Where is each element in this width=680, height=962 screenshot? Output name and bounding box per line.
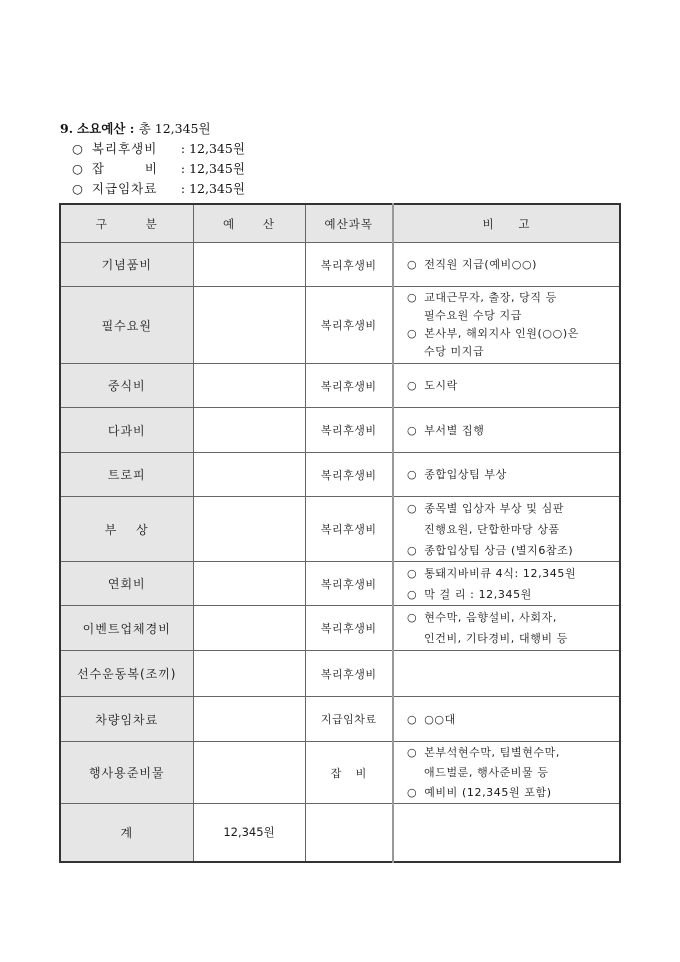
row-amount — [193, 497, 305, 562]
summary-item-welfare: ○복리후생비 : 12,345원 — [60, 139, 245, 159]
circle-bullet-icon: ○ — [407, 713, 417, 726]
row-category: 다과비 — [60, 408, 193, 453]
remark-text: 예비비 (12,345원 포함) — [424, 786, 551, 799]
total-prefix: 총 — [139, 121, 155, 136]
remark-text: 수당 미지급 — [424, 345, 484, 358]
row-amount — [193, 742, 305, 804]
row-category: 트로피 — [60, 453, 193, 497]
remark-line: ○통돼지바비큐 4식: 12,345원 — [407, 563, 619, 584]
table-header-row: 구분 예산 예산과목 비고 — [60, 204, 620, 243]
row-amount — [193, 606, 305, 651]
summary-item-sep: : — [177, 181, 189, 196]
row-category: 연회비 — [60, 562, 193, 606]
table-row: 부상 복리후생비 ○종목별 입상자 부상 및 심판 진행요원, 단합한마당 상품… — [60, 497, 620, 562]
circle-bullet-icon: ○ — [407, 468, 417, 481]
account-part: 비 — [356, 765, 367, 781]
circle-bullet-icon: ○ — [407, 544, 417, 557]
circle-bullet-icon: ○ — [407, 291, 417, 304]
remark-text: 막 걸 리 : 12,345원 — [424, 588, 532, 601]
summary-item-value: 12,345원 — [189, 181, 245, 196]
remark-line: ○종합입상팀 상금 (별지6참조) — [407, 540, 619, 561]
row-category: 차량임차료 — [60, 697, 193, 742]
category-part: 부 — [105, 521, 118, 538]
remark-line: ○전직원 지급(예비○○) — [407, 254, 619, 275]
summary-item-misc: ○잡비 : 12,345원 — [60, 159, 245, 179]
header-part: 구 — [96, 216, 108, 232]
remark-line: 수당 미지급 — [407, 343, 619, 361]
row-remarks: ○본부석현수막, 팀별현수막, 애드벌룬, 행사준비물 등 ○예비비 (12,3… — [393, 742, 620, 804]
separator: : — [125, 121, 138, 136]
remark-text: 종합입상팀 상금 (별지6참조) — [424, 544, 573, 557]
row-amount — [193, 453, 305, 497]
remark-line: ○종합입상팀 부상 — [407, 464, 619, 485]
remark-text: 도시락 — [424, 379, 458, 392]
row-remarks — [393, 651, 620, 697]
row-amount — [193, 562, 305, 606]
summary-item-label: 지급임차료 — [92, 179, 177, 199]
row-category: 행사용준비물 — [60, 742, 193, 804]
row-account: 복리후생비 — [305, 453, 393, 497]
remark-text: 필수요원 수당 지급 — [424, 309, 522, 322]
remark-line: ○○○대 — [407, 709, 619, 730]
remark-text: 종목별 입상자 부상 및 심판 — [424, 502, 564, 515]
row-amount — [193, 364, 305, 408]
remark-text: 본사부, 해외지사 인원(○○)은 — [424, 327, 579, 340]
remark-line: ○교대근무자, 출장, 당직 등 — [407, 289, 619, 307]
row-category: 기념품비 — [60, 243, 193, 287]
remark-line: ○본사부, 해외지사 인원(○○)은 — [407, 325, 619, 343]
budget-summary: 9. 소요예산 : 총 12,345원 ○복리후생비 : 12,345원 ○잡비… — [60, 119, 245, 199]
summary-item-value: 12,345원 — [189, 141, 245, 156]
header-part: 산 — [263, 216, 275, 232]
circle-bullet-icon: ○ — [407, 746, 417, 759]
table-row: 연회비 복리후생비 ○통돼지바비큐 4식: 12,345원 ○막 걸 리 : 1… — [60, 562, 620, 606]
remark-line: 진행요원, 단합한마당 상품 — [407, 519, 619, 540]
circle-bullet-icon: ○ — [407, 379, 417, 392]
row-amount — [193, 408, 305, 453]
total-account — [305, 804, 393, 862]
row-account: 복리후생비 — [305, 287, 393, 364]
row-remarks: ○전직원 지급(예비○○) — [393, 243, 620, 287]
circle-bullet-icon: ○ — [407, 327, 417, 340]
circle-bullet-icon: ○ — [407, 502, 417, 515]
table-row: 중식비 복리후생비 ○도시락 — [60, 364, 620, 408]
summary-item-sep: : — [177, 141, 189, 156]
circle-bullet-icon: ○ — [72, 161, 83, 176]
row-remarks: ○교대근무자, 출장, 당직 등 필수요원 수당 지급 ○본사부, 해외지사 인… — [393, 287, 620, 364]
table-row: 이벤트업체경비 복리후생비 ○현수막, 음향설비, 사회자, 인건비, 기타경비… — [60, 606, 620, 651]
row-remarks: ○부서별 집행 — [393, 408, 620, 453]
table-row: 트로피 복리후생비 ○종합입상팀 부상 — [60, 453, 620, 497]
remark-text: 인건비, 기타경비, 대행비 등 — [424, 632, 568, 645]
table-row: 선수운동복(조끼) 복리후생비 — [60, 651, 620, 697]
row-account: 복리후생비 — [305, 497, 393, 562]
row-remarks: ○○○대 — [393, 697, 620, 742]
account-part: 잡 — [331, 765, 342, 781]
row-remarks: ○종합입상팀 부상 — [393, 453, 620, 497]
table-total-row: 계 12,345원 — [60, 804, 620, 862]
remark-text: 진행요원, 단합한마당 상품 — [424, 523, 560, 536]
remark-line: ○부서별 집행 — [407, 420, 619, 441]
remark-line: ○도시락 — [407, 375, 619, 396]
table-row: 차량임차료 지급임차료 ○○○대 — [60, 697, 620, 742]
header-part: 분 — [146, 216, 158, 232]
total-remarks — [393, 804, 620, 862]
row-amount — [193, 287, 305, 364]
remark-line: ○종목별 입상자 부상 및 심판 — [407, 498, 619, 519]
row-amount — [193, 243, 305, 287]
row-remarks: ○현수막, 음향설비, 사회자, 인건비, 기타경비, 대행비 등 — [393, 606, 620, 651]
row-remarks: ○통돼지바비큐 4식: 12,345원 ○막 걸 리 : 12,345원 — [393, 562, 620, 606]
row-remarks: ○도시락 — [393, 364, 620, 408]
remark-text: 부서별 집행 — [424, 424, 484, 437]
remark-line: 애드벌룬, 행사준비물 등 — [407, 763, 619, 783]
row-category: 중식비 — [60, 364, 193, 408]
circle-bullet-icon: ○ — [72, 141, 83, 156]
section-number: 9. — [60, 121, 73, 136]
table-row: 행사용준비물 잡비 ○본부석현수막, 팀별현수막, 애드벌룬, 행사준비물 등 … — [60, 742, 620, 804]
header-budget: 예산 — [193, 204, 305, 243]
row-amount — [193, 651, 305, 697]
remark-line: 인건비, 기타경비, 대행비 등 — [407, 628, 619, 649]
row-category: 필수요원 — [60, 287, 193, 364]
summary-item-label: 복리후생비 — [92, 139, 177, 159]
circle-bullet-icon: ○ — [407, 567, 417, 580]
total-label: 계 — [60, 804, 193, 862]
row-category: 부상 — [60, 497, 193, 562]
budget-table: 구분 예산 예산과목 비고 기념품비 복리후생비 ○전직원 지급(예비○○) 필… — [59, 203, 621, 863]
row-account: 복리후생비 — [305, 364, 393, 408]
circle-bullet-icon: ○ — [407, 258, 417, 271]
row-account: 지급임차료 — [305, 697, 393, 742]
label-part: 비 — [145, 159, 158, 179]
header-remarks: 비고 — [393, 204, 620, 243]
remark-line: ○막 걸 리 : 12,345원 — [407, 584, 619, 605]
circle-bullet-icon: ○ — [407, 611, 417, 624]
remark-text: 전직원 지급(예비○○) — [424, 258, 537, 271]
row-account: 복리후생비 — [305, 606, 393, 651]
circle-bullet-icon: ○ — [72, 181, 83, 196]
row-account: 복리후생비 — [305, 562, 393, 606]
section-title: 소요예산 — [77, 121, 125, 136]
total-amount: 12,345원 — [155, 121, 211, 136]
label-part: 잡 — [92, 159, 105, 179]
summary-item-label: 잡비 — [92, 159, 158, 179]
row-account: 복리후생비 — [305, 408, 393, 453]
row-account: 복리후생비 — [305, 243, 393, 287]
section-heading: 9. 소요예산 : 총 12,345원 — [60, 119, 245, 139]
remark-line: ○예비비 (12,345원 포함) — [407, 783, 619, 803]
header-category: 구분 — [60, 204, 193, 243]
row-remarks: ○종목별 입상자 부상 및 심판 진행요원, 단합한마당 상품 ○종합입상팀 상… — [393, 497, 620, 562]
table-row: 필수요원 복리후생비 ○교대근무자, 출장, 당직 등 필수요원 수당 지급 ○… — [60, 287, 620, 364]
table-row: 기념품비 복리후생비 ○전직원 지급(예비○○) — [60, 243, 620, 287]
row-account: 잡비 — [305, 742, 393, 804]
total-amount: 12,345원 — [193, 804, 305, 862]
summary-item-sep: : — [177, 161, 189, 176]
remark-line: ○본부석현수막, 팀별현수막, — [407, 743, 619, 763]
row-category: 선수운동복(조끼) — [60, 651, 193, 697]
header-part: 예 — [223, 216, 235, 232]
header-part: 비 — [483, 216, 495, 232]
circle-bullet-icon: ○ — [407, 588, 417, 601]
row-category: 이벤트업체경비 — [60, 606, 193, 651]
remark-line: 필수요원 수당 지급 — [407, 307, 619, 325]
header-account: 예산과목 — [305, 204, 393, 243]
header-part: 고 — [518, 216, 530, 232]
remark-text: 교대근무자, 출장, 당직 등 — [424, 291, 557, 304]
remark-line: ○현수막, 음향설비, 사회자, — [407, 607, 619, 628]
remark-text: 통돼지바비큐 4식: 12,345원 — [424, 567, 576, 580]
remark-text: 종합입상팀 부상 — [424, 468, 507, 481]
table-row: 다과비 복리후생비 ○부서별 집행 — [60, 408, 620, 453]
remark-text: 애드벌룬, 행사준비물 등 — [424, 766, 549, 779]
summary-item-value: 12,345원 — [189, 161, 245, 176]
circle-bullet-icon: ○ — [407, 786, 417, 799]
circle-bullet-icon: ○ — [407, 424, 417, 437]
remark-text: 본부석현수막, 팀별현수막, — [424, 746, 560, 759]
row-amount — [193, 697, 305, 742]
category-part: 상 — [136, 521, 149, 538]
summary-item-rent: ○지급임차료 : 12,345원 — [60, 179, 245, 199]
row-account: 복리후생비 — [305, 651, 393, 697]
remark-text: 현수막, 음향설비, 사회자, — [424, 611, 557, 624]
remark-text: ○○대 — [424, 713, 456, 726]
